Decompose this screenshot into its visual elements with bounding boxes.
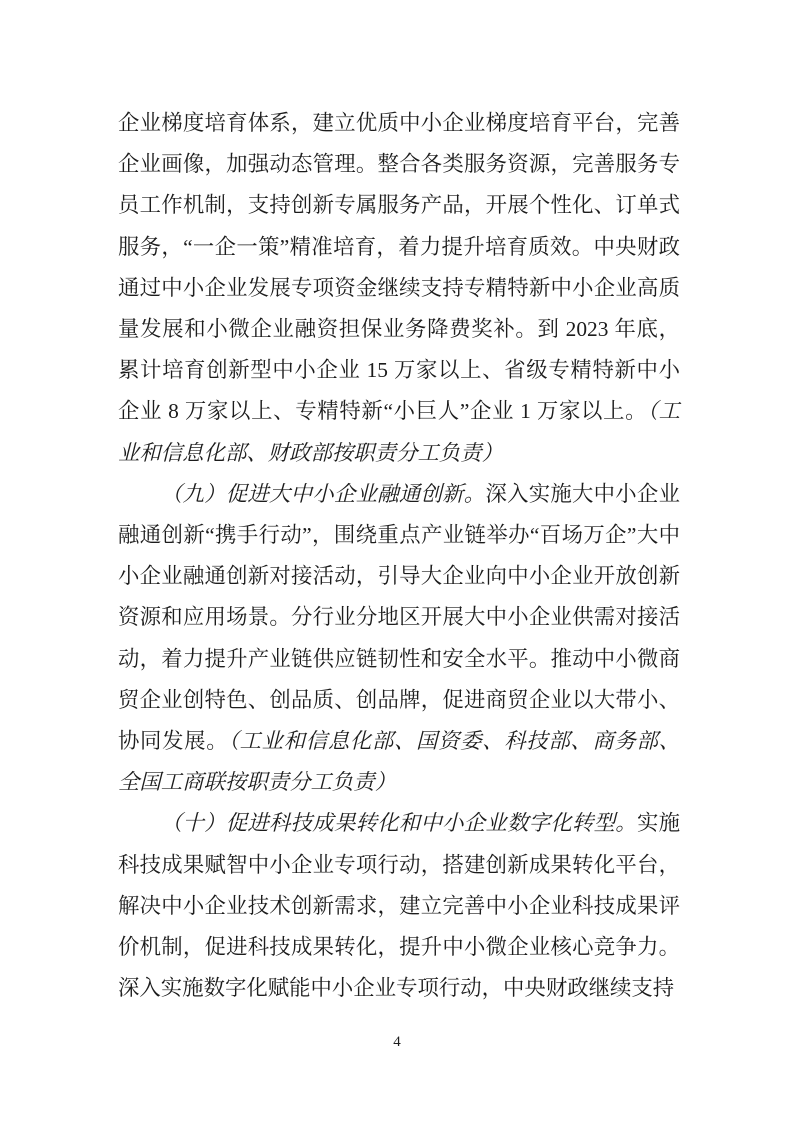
paragraph-continuation: 企业梯度培育体系，建立优质中小企业梯度培育平台，完善企业画像，加强动态管理。整合…	[118, 103, 680, 474]
body-text-segment: 企业梯度培育体系，建立优质中小企业梯度培育平台，完善企业画像，加强动态管理。整合…	[118, 111, 680, 423]
paragraph-section-9: （九）促进大中小企业融通创新。深入实施大中小企业融通创新“携手行动”，围绕重点产…	[118, 474, 680, 804]
body-text-segment: 实施科技成果赋智中小企业专项行动，搭建创新成果转化平台，解决中小企业技术创新需求…	[118, 811, 680, 1000]
body-text-segment: 深入实施大中小企业融通创新“携手行动”，围绕重点产业链举办“百场万企”大中小企业…	[118, 482, 680, 753]
document-body: 企业梯度培育体系，建立优质中小企业梯度培育平台，完善企业画像，加强动态管理。整合…	[118, 103, 680, 1009]
paragraph-section-10: （十）促进科技成果转化和中小企业数字化转型。实施科技成果赋智中小企业专项行动，搭…	[118, 803, 680, 1009]
section-heading: （十）促进科技成果转化和中小企业数字化转型。	[161, 811, 637, 835]
document-page: 企业梯度培育体系，建立优质中小企业梯度培育平台，完善企业画像，加强动态管理。整合…	[0, 0, 794, 1123]
page-number: 4	[0, 1034, 794, 1051]
section-heading: （九）促进大中小企业融通创新。	[161, 482, 486, 506]
